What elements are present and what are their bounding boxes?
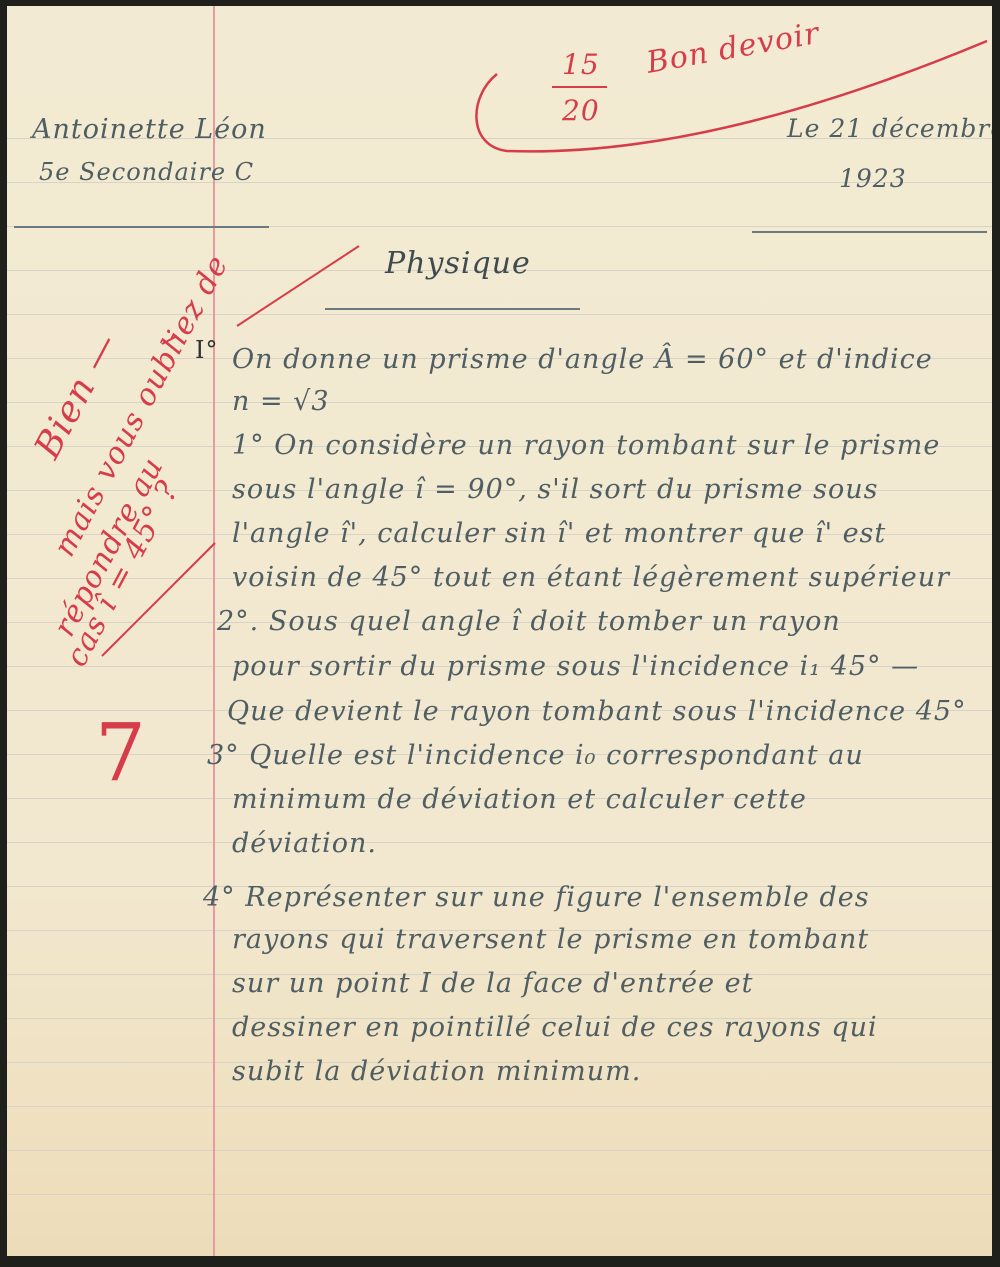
problem-line: sous l'angle î = 90°, s'il sort du prism…	[232, 474, 878, 505]
grade-swoosh	[7, 6, 992, 266]
problem-line: 1° On considère un rayon tombant sur le …	[232, 430, 940, 461]
problem-number: I°	[195, 336, 218, 364]
problem-line: On donne un prisme d'angle Â = 60° et d'…	[232, 344, 933, 375]
problem-line: n = √3	[232, 386, 330, 417]
problem-line: déviation.	[232, 828, 377, 859]
problem-line: dessiner en pointillé celui de ces rayon…	[232, 1012, 878, 1043]
problem-line: voisin de 45° tout en étant légèrement s…	[232, 562, 950, 593]
problem-line: 3° Quelle est l'incidence i₀ corresponda…	[207, 740, 864, 771]
problem-line: minimum de déviation et calculer cette	[232, 784, 807, 815]
margin-mark: 7	[95, 706, 147, 799]
problem-line: l'angle î', calculer sin î' et montrer q…	[232, 518, 886, 549]
problem-line: rayons qui traversent le prisme en tomba…	[232, 924, 869, 955]
problem-line: 4° Représenter sur une figure l'ensemble…	[203, 882, 870, 913]
problem-line: pour sortir du prisme sous l'incidence i…	[232, 651, 919, 682]
problem-line: Que devient le rayon tombant sous l'inci…	[227, 696, 967, 727]
homework-sheet: Antoinette Léon 5e Secondaire C Le 21 dé…	[7, 6, 992, 1256]
problem-line: sur un point I de la face d'entrée et	[232, 968, 753, 999]
problem-line: subit la déviation minimum.	[232, 1056, 641, 1087]
problem-line: 2°. Sous quel angle î doit tomber un ray…	[217, 606, 841, 637]
